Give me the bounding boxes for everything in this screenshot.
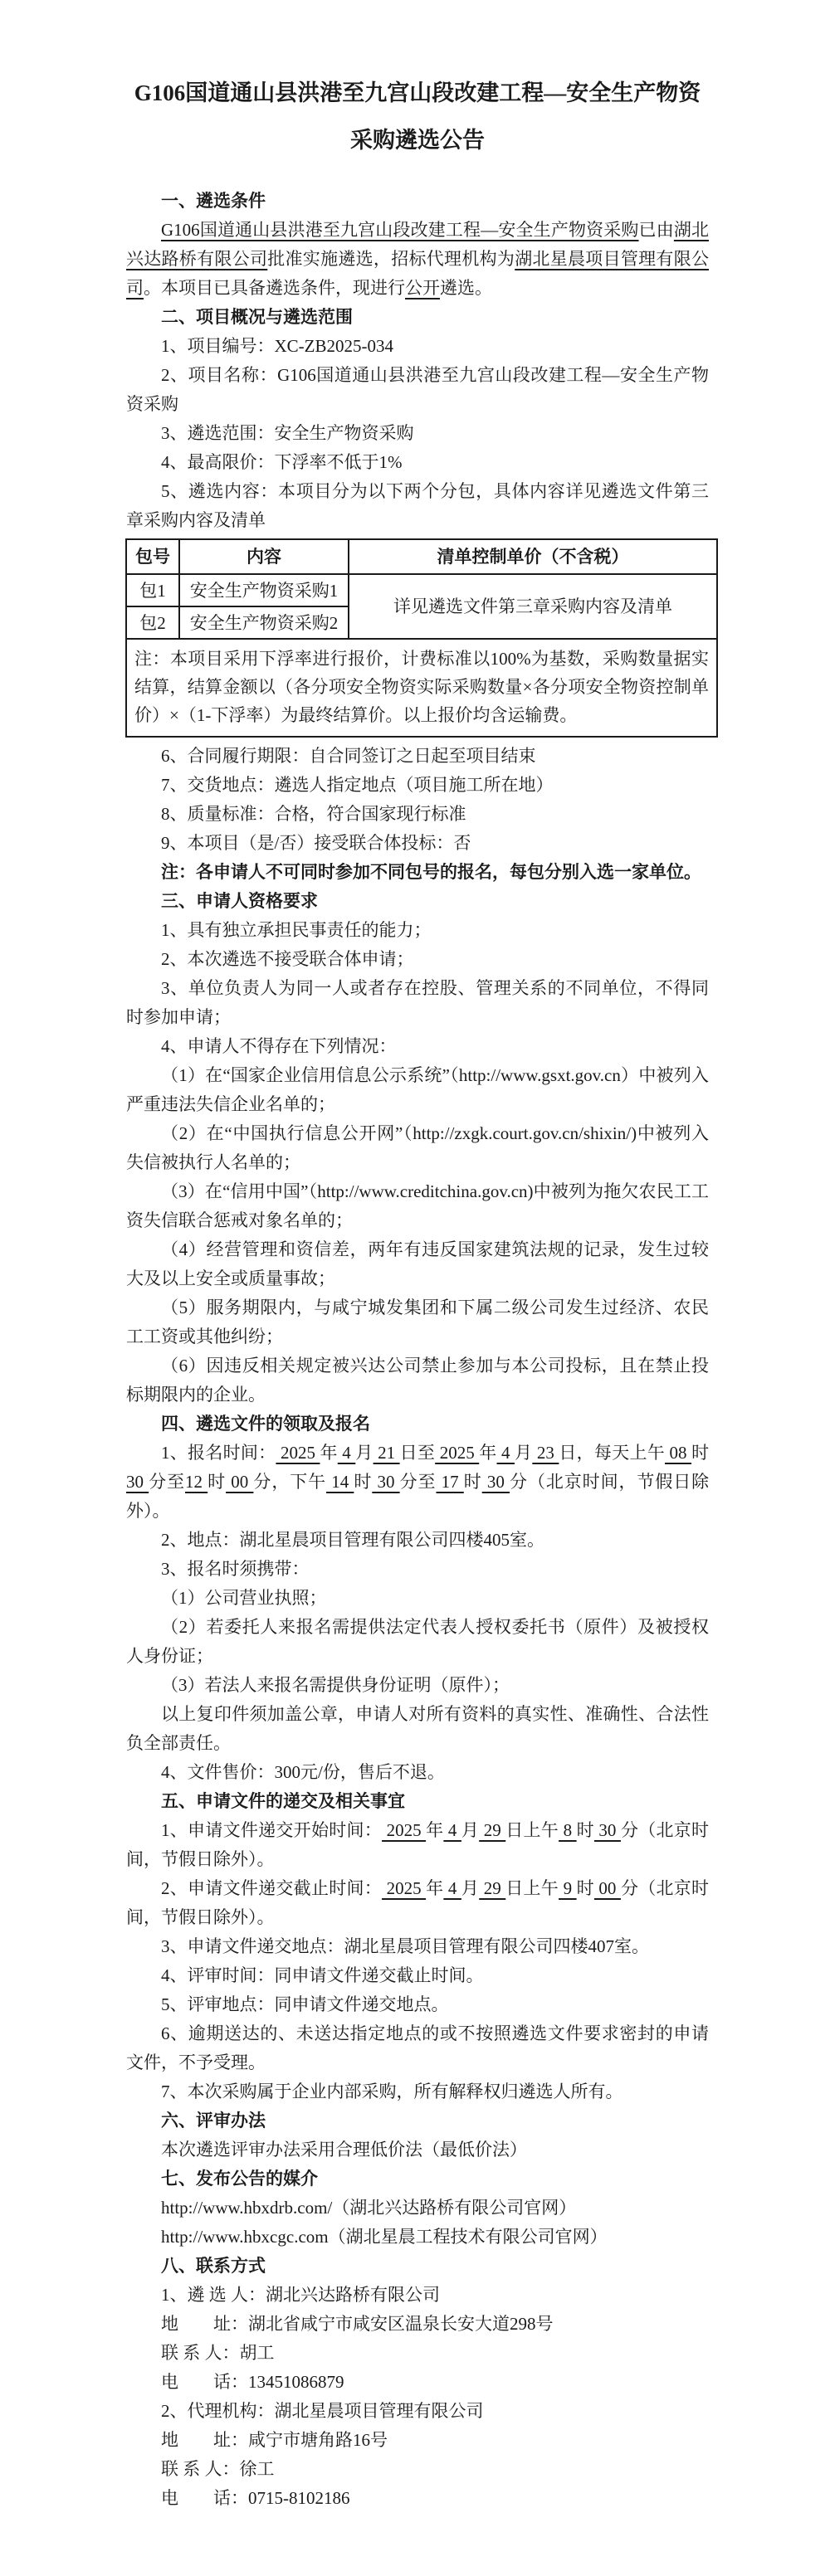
quality-standard: 8、质量标准：合格，符合国家现行标准 [126, 800, 709, 829]
submission-location: 3、申请文件递交地点：湖北星晨项目管理有限公司四楼407室。 [126, 1932, 709, 1961]
doc-title-line-2: 采购遴选公告 [126, 117, 709, 164]
table-header-price: 清单控制单价（不含税） [349, 539, 717, 574]
qualification-item: 2、本次遴选不接受联合体申请； [126, 945, 709, 974]
submission-deadline: 2、申请文件递交截止时间： 2025 年 4 月 29 日上午 9 时 00 分… [126, 1874, 709, 1932]
disqualification-item: （4）经营管理和资信差，两年有违反国家建筑法规的记录，发生过较大及以上安全或质量… [126, 1235, 709, 1293]
late-submission-rule: 6、逾期送达的、未送达指定地点的或不按照遴选文件要求密封的申请文件，不予受理。 [126, 2019, 709, 2077]
selector-contact-person: 联 系 人：胡工 [126, 2339, 709, 2368]
document-title: G106国道通山县洪港至九宫山段改建工程—安全生产物资 采购遴选公告 [126, 70, 709, 164]
table-row-pkg1: 包1 安全生产物资采购1 详见遴选文件第三章采购内容及清单 [126, 574, 717, 606]
selector-phone: 电 话：13451086879 [126, 2368, 709, 2397]
project-name-underlined: G106国道通山县洪港至九宫山段改建工程—安全生产物资采购 [161, 220, 639, 240]
agency-phone: 电 话：0715-8102186 [126, 2484, 709, 2513]
project-number: 1、项目编号：XC-ZB2025-034 [126, 332, 709, 361]
registration-location: 2、地点：湖北星晨项目管理有限公司四楼405室。 [126, 1526, 709, 1555]
requirement-item: （1）公司营业执照； [126, 1584, 709, 1613]
contract-period: 6、合同履行期限：自合同签订之日起至项目结束 [126, 742, 709, 771]
heading-document-submission: 五、申请文件的递交及相关事宜 [126, 1787, 709, 1816]
submission-start-time: 1、申请文件递交开始时间： 2025 年 4 月 29 日上午 8 时 30 分… [126, 1816, 709, 1874]
doc-title-line-1: G106国道通山县洪港至九宫山段改建工程—安全生产物资 [126, 70, 709, 117]
heading-announcement-media: 七、发布公告的媒介 [126, 2165, 709, 2194]
review-time: 4、评审时间：同申请文件递交截止时间。 [126, 1961, 709, 1990]
selector-name: 1、遴 选 人：湖北兴达路桥有限公司 [126, 2281, 709, 2310]
selection-scope: 3、遴选范围：安全生产物资采购 [126, 419, 709, 448]
delivery-location: 7、交货地点：遴选人指定地点（项目施工所在地） [126, 771, 709, 800]
disqualification-item: （5）服务期限内，与咸宁城发集团和下属二级公司发生过经济、农民工工资或其他纠纷； [126, 1293, 709, 1351]
disqualification-item: （3）在“信用中国”（http://www.creditchina.gov.cn… [126, 1177, 709, 1235]
media-url-xingda: http://www.hbxdrb.com/（湖北兴达路桥有限公司官网） [126, 2194, 709, 2223]
heading-contact-info: 八、联系方式 [126, 2252, 709, 2281]
review-location: 5、评审地点：同申请文件递交地点。 [126, 1990, 709, 2019]
consortium-bid: 9、本项目（是/否）接受联合体投标：否 [126, 829, 709, 858]
internal-procurement-note: 7、本次采购属于企业内部采购，所有解释权归遴选人所有。 [126, 2077, 709, 2106]
heading-applicant-qualifications: 三、申请人资格要求 [126, 887, 709, 916]
price-reference-cell: 详见遴选文件第三章采购内容及清单 [349, 574, 717, 639]
heading-document-collection: 四、遴选文件的领取及报名 [126, 1410, 709, 1439]
document-price: 4、文件售价：300元/份，售后不退。 [126, 1758, 709, 1787]
copies-statement: 以上复印件须加盖公章，申请人对所有资料的真实性、准确性、合法性负全部责任。 [126, 1700, 709, 1758]
opening-paragraph: G106国道通山县洪港至九宫山段改建工程—安全生产物资采购已由湖北兴达路桥有限公… [126, 216, 709, 303]
requirement-item: （3）若法人来报名需提供身份证明（原件）； [126, 1671, 709, 1700]
heading-selection-conditions: 一、遴选条件 [126, 187, 709, 216]
max-price-limit: 4、最高限价：下浮率不低于1% [126, 448, 709, 477]
disqualification-item: （1）在“国家企业信用信息公示系统”（http://www.gsxt.gov.c… [126, 1061, 709, 1119]
agency-contact-person: 联 系 人：徐工 [126, 2455, 709, 2484]
project-name: 2、项目名称：G106国道通山县洪港至九宫山段改建工程—安全生产物资采购 [126, 361, 709, 419]
media-url-xingchen: http://www.hbxcgc.com（湖北星晨工程技术有限公司官网） [126, 2223, 709, 2252]
requirement-item: （2）若委托人来报名需提供法定代表人授权委托书（原件）及被授权人身份证； [126, 1613, 709, 1671]
open-selection-underlined: 公开 [405, 278, 440, 298]
disqualification-item: （2）在“中国执行信息公开网”（http://zxgk.court.gov.cn… [126, 1119, 709, 1177]
qualification-item: 1、具有独立承担民事责任的能力； [126, 916, 709, 945]
heading-project-overview: 二、项目概况与遴选范围 [126, 303, 709, 332]
agency-name: 2、代理机构：湖北星晨项目管理有限公司 [126, 2397, 709, 2426]
qualification-item: 4、申请人不得存在下列情况： [126, 1032, 709, 1061]
package-registration-note: 注：各申请人不可同时参加不同包号的报名，每包分别入选一家单位。 [126, 858, 709, 887]
table-note: 注：本项目采用下浮率进行报价，计费标准以100%为基数，采购数量据实结算，结算金… [126, 639, 717, 737]
table-header-row: 包号 内容 清单控制单价（不含税） [126, 539, 717, 574]
disqualification-item: （6）因违反相关规定被兴达公司禁止参加与本公司投标，且在禁止投标期限内的企业。 [126, 1351, 709, 1410]
table-header-pkg: 包号 [126, 539, 179, 574]
evaluation-method-body: 本次遴选评审办法采用合理低价法（最低价法） [126, 2135, 709, 2165]
selection-content: 5、遴选内容：本项目分为以下两个分包，具体内容详见遴选文件第三章采购内容及清单 [126, 477, 709, 535]
pkg1-number: 包1 [126, 574, 179, 606]
document-page: G106国道通山县洪港至九宫山段改建工程—安全生产物资 采购遴选公告 一、遴选条… [0, 0, 830, 2576]
registration-time: 1、报名时间： 2025 年 4 月 21 日至 2025 年 4 月 23 日… [126, 1439, 709, 1526]
qualification-item: 3、单位负责人为同一人或者存在控股、管理关系的不同单位，不得同时参加申请； [126, 974, 709, 1032]
table-note-row: 注：本项目采用下浮率进行报价，计费标准以100%为基数，采购数量据实结算，结算金… [126, 639, 717, 737]
pkg2-content: 安全生产物资采购2 [179, 606, 349, 639]
heading-evaluation-method: 六、评审办法 [126, 2106, 709, 2135]
agency-address: 地 址：咸宁市塘角路16号 [126, 2426, 709, 2455]
table-header-content: 内容 [179, 539, 349, 574]
pkg1-content: 安全生产物资采购1 [179, 574, 349, 606]
selector-address: 地 址：湖北省咸宁市咸安区温泉长安大道298号 [126, 2310, 709, 2339]
package-table: 包号 内容 清单控制单价（不含税） 包1 安全生产物资采购1 详见遴选文件第三章… [125, 538, 718, 738]
pkg2-number: 包2 [126, 606, 179, 639]
registration-requirements: 3、报名时须携带： [126, 1555, 709, 1584]
